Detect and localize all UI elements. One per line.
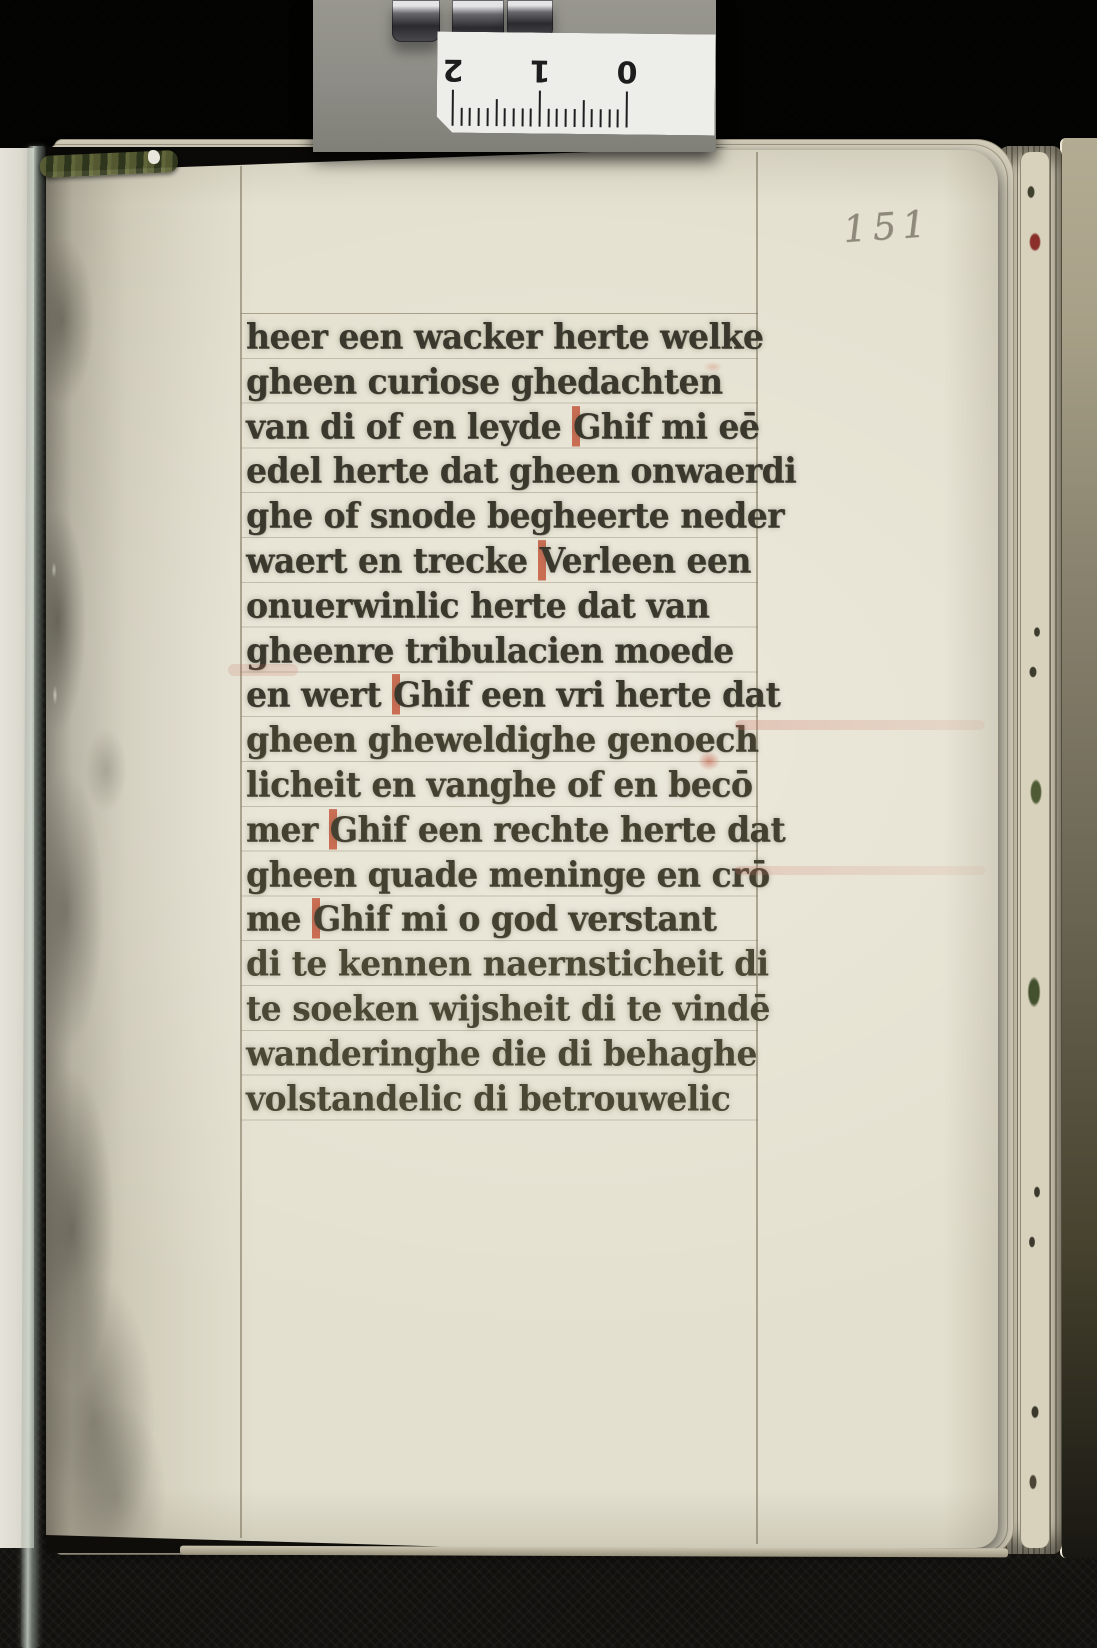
text-line: van di of en leyde Ghif mi eē bbox=[246, 404, 759, 451]
ruler-tick bbox=[565, 109, 567, 127]
text-line: gheen quade meninge en crō bbox=[246, 852, 770, 899]
text-segment: hif mi o god verstant bbox=[341, 898, 717, 939]
folio-number: 151 bbox=[842, 202, 933, 251]
ruler-label-0: 0 bbox=[615, 53, 639, 88]
text-segment: edel herte dat gheen onwaerdi bbox=[246, 450, 796, 491]
text-segment: ghe of snode begheerte neder bbox=[246, 495, 784, 536]
ruler-tick bbox=[452, 90, 454, 126]
ruler-tick bbox=[504, 108, 506, 126]
text-line: edel herte dat gheen onwaerdi bbox=[246, 448, 796, 495]
ruler-label-1: 1 bbox=[528, 52, 552, 87]
text-line: ghe of snode begheerte neder bbox=[246, 493, 784, 540]
text-segment: di te kennen naernsticheit di bbox=[246, 943, 769, 984]
ruler-label-2: 2 bbox=[441, 52, 465, 87]
fore-edge-decorated-leaf bbox=[1020, 152, 1050, 1548]
color-scale-card: 2 1 0 bbox=[313, 0, 716, 152]
ruler-tick bbox=[530, 109, 532, 127]
ruler-tick bbox=[608, 109, 610, 127]
ruler-tick bbox=[599, 109, 601, 127]
text-segment: gheen gheweldighe genoech bbox=[246, 719, 758, 760]
text-line: heer een wacker herte welke bbox=[246, 314, 763, 361]
text-line: di te kennen naernsticheit di bbox=[246, 941, 769, 988]
ruler-tick bbox=[547, 109, 549, 127]
text-line: en wert Ghif een vri herte dat bbox=[246, 672, 780, 719]
rubricated-initial: G bbox=[329, 809, 358, 850]
text-segment: gheen quade meninge en crō bbox=[246, 854, 770, 895]
ruler-tick bbox=[556, 109, 558, 127]
text-segment: van di of en leyde bbox=[246, 406, 572, 447]
text-segment: te soeken wijsheit di te vindē bbox=[246, 988, 770, 1029]
ruler-tick bbox=[486, 108, 488, 126]
text-segment: erleen een bbox=[562, 540, 751, 581]
ruler-tick bbox=[478, 108, 480, 126]
back-cover-edge bbox=[1060, 138, 1097, 1558]
ruler-tick bbox=[495, 99, 497, 126]
text-segment: hif mi eē bbox=[601, 406, 760, 447]
text-segment: volstandelic di betrouwelic bbox=[246, 1078, 731, 1119]
text-segment: gheenre tribulacien moede bbox=[246, 630, 734, 671]
text-segment: gheen curiose ghedachten bbox=[246, 361, 722, 402]
text-line: volstandelic di betrouwelic bbox=[246, 1076, 731, 1123]
rubricated-initial: G bbox=[312, 898, 341, 939]
ruler-tick bbox=[521, 108, 523, 126]
text-segment: licheit en vanghe of en becō bbox=[246, 764, 752, 805]
text-line: onuerwinlic herte dat van bbox=[246, 583, 709, 630]
rubricated-initial: V bbox=[538, 540, 561, 581]
text-line: gheen curiose ghedachten bbox=[246, 359, 722, 406]
ruler-tick bbox=[626, 92, 628, 128]
binder-clip-icon bbox=[507, 0, 553, 38]
ruler-tick bbox=[512, 108, 514, 126]
manuscript-photo: heer een wacker herte welkegheen curiose… bbox=[0, 0, 1097, 1648]
text-line: me Ghif mi o god verstant bbox=[246, 896, 716, 943]
text-line: gheenre tribulacien moede bbox=[246, 628, 734, 675]
text-segment: en wert bbox=[246, 674, 392, 715]
ruler-tick bbox=[617, 109, 619, 127]
ruler-tick bbox=[591, 109, 593, 127]
ruler-tick bbox=[460, 108, 462, 126]
rubricated-initial: G bbox=[572, 406, 601, 447]
text-line: gheen gheweldighe genoech bbox=[246, 717, 758, 764]
ruler-tick bbox=[469, 108, 471, 126]
binder-clip-icon bbox=[392, 0, 440, 42]
rubricated-initial: G bbox=[392, 674, 421, 715]
text-line: licheit en vanghe of en becō bbox=[246, 762, 752, 809]
text-segment: hif een rechte herte dat bbox=[357, 809, 785, 850]
text-segment: waert en trecke bbox=[246, 540, 538, 581]
text-line: waert en trecke Verleen een bbox=[246, 538, 751, 585]
ruler-scale: 2 1 0 bbox=[436, 32, 715, 136]
text-segment: onuerwinlic herte dat van bbox=[246, 585, 709, 626]
text-line: mer Ghif een rechte herte dat bbox=[246, 807, 785, 854]
endband-fleck bbox=[148, 150, 160, 164]
text-segment: mer bbox=[246, 809, 329, 850]
ruler-tick bbox=[573, 109, 575, 127]
text-block: heer een wacker herte welkegheen curiose… bbox=[241, 313, 758, 1121]
text-segment: me bbox=[246, 898, 312, 939]
text-segment: hif een vri herte dat bbox=[421, 674, 781, 715]
ruler-tick bbox=[582, 100, 584, 127]
text-line: wanderinghe die di behaghe bbox=[246, 1031, 757, 1078]
ruler-tick bbox=[539, 91, 541, 127]
text-segment: heer een wacker herte welke bbox=[246, 316, 763, 357]
text-line: te soeken wijsheit di te vindē bbox=[246, 986, 770, 1033]
text-segment: wanderinghe die di behaghe bbox=[246, 1033, 757, 1074]
